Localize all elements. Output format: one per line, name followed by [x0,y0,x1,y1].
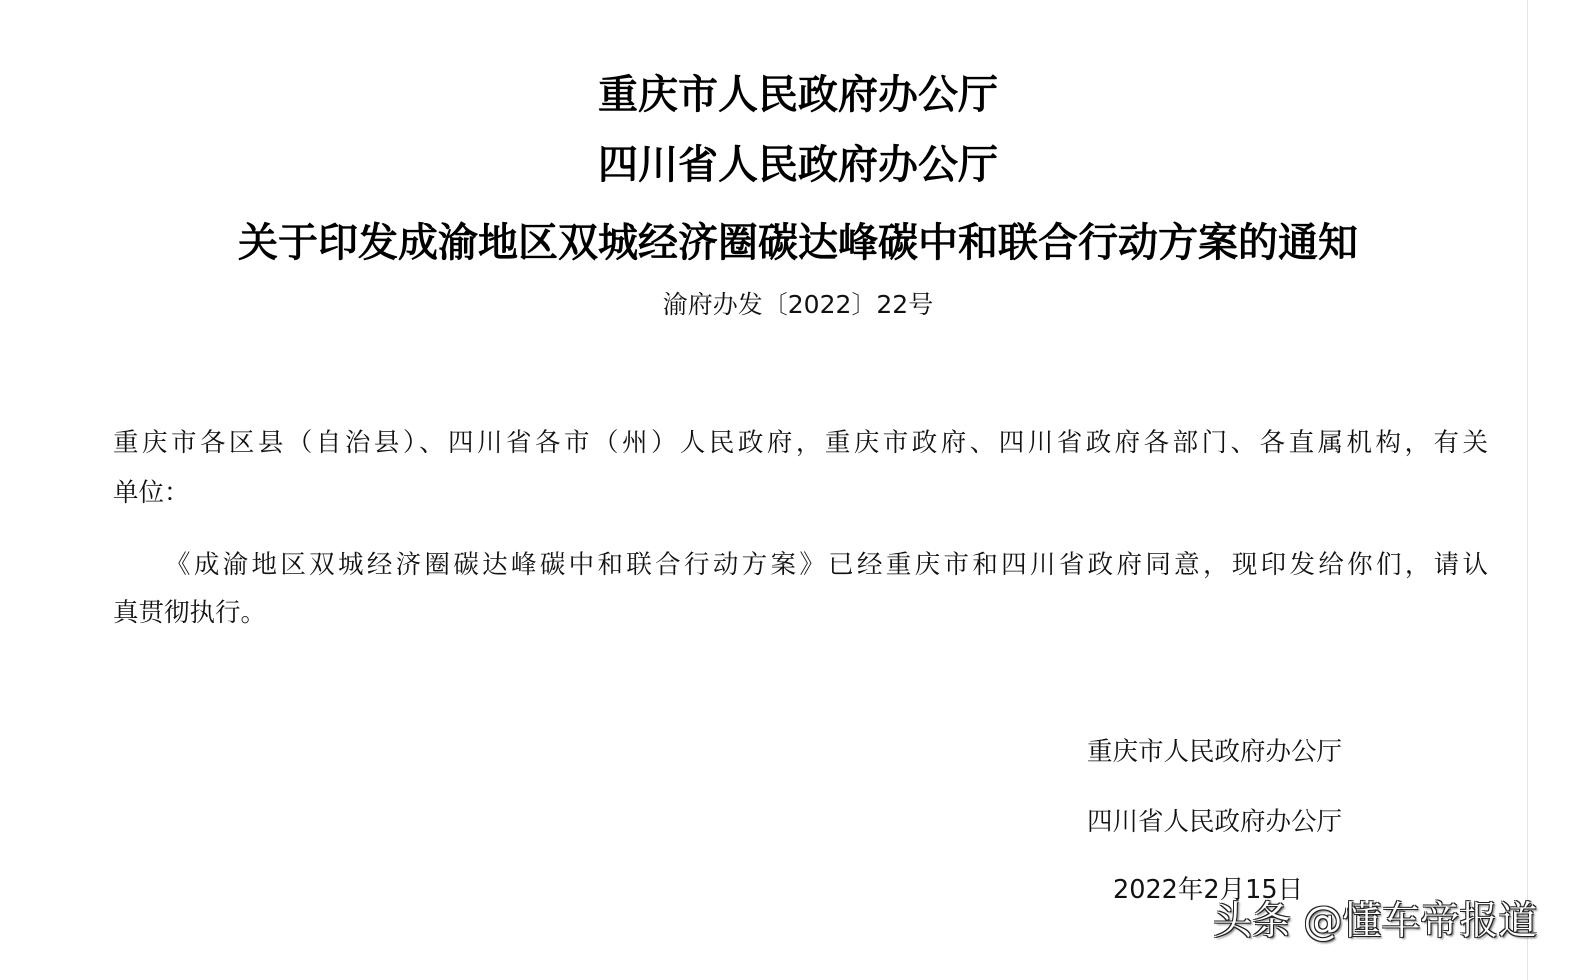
addressee-line-1: 重庆市各区县（自治县）、四川省各市（州）人民政府，重庆市政府、四川省政府各部门、… [113,425,1488,461]
document-number: 渝府办发〔2022〕22号 [0,288,1584,322]
body-paragraph-line-2: 真贯彻执行。 [113,595,266,631]
watermark-text: 头条 @懂车帝报道 [1213,898,1537,946]
issuer-title-chongqing: 重庆市人民政府办公厅 [0,70,1584,120]
signature-sichuan: 四川省人民政府办公厅 [1087,804,1342,840]
signature-chongqing: 重庆市人民政府办公厅 [1087,734,1342,770]
issuer-title-sichuan: 四川省人民政府办公厅 [0,140,1584,190]
addressee-line-2: 单位： [113,475,190,511]
document-title: 关于印发成渝地区双城经济圈碳达峰碳中和联合行动方案的通知 [0,218,1584,268]
body-paragraph-line-1: 《成渝地区双城经济圈碳达峰碳中和联合行动方案》已经重庆市和四川省政府同意，现印发… [165,547,1488,583]
